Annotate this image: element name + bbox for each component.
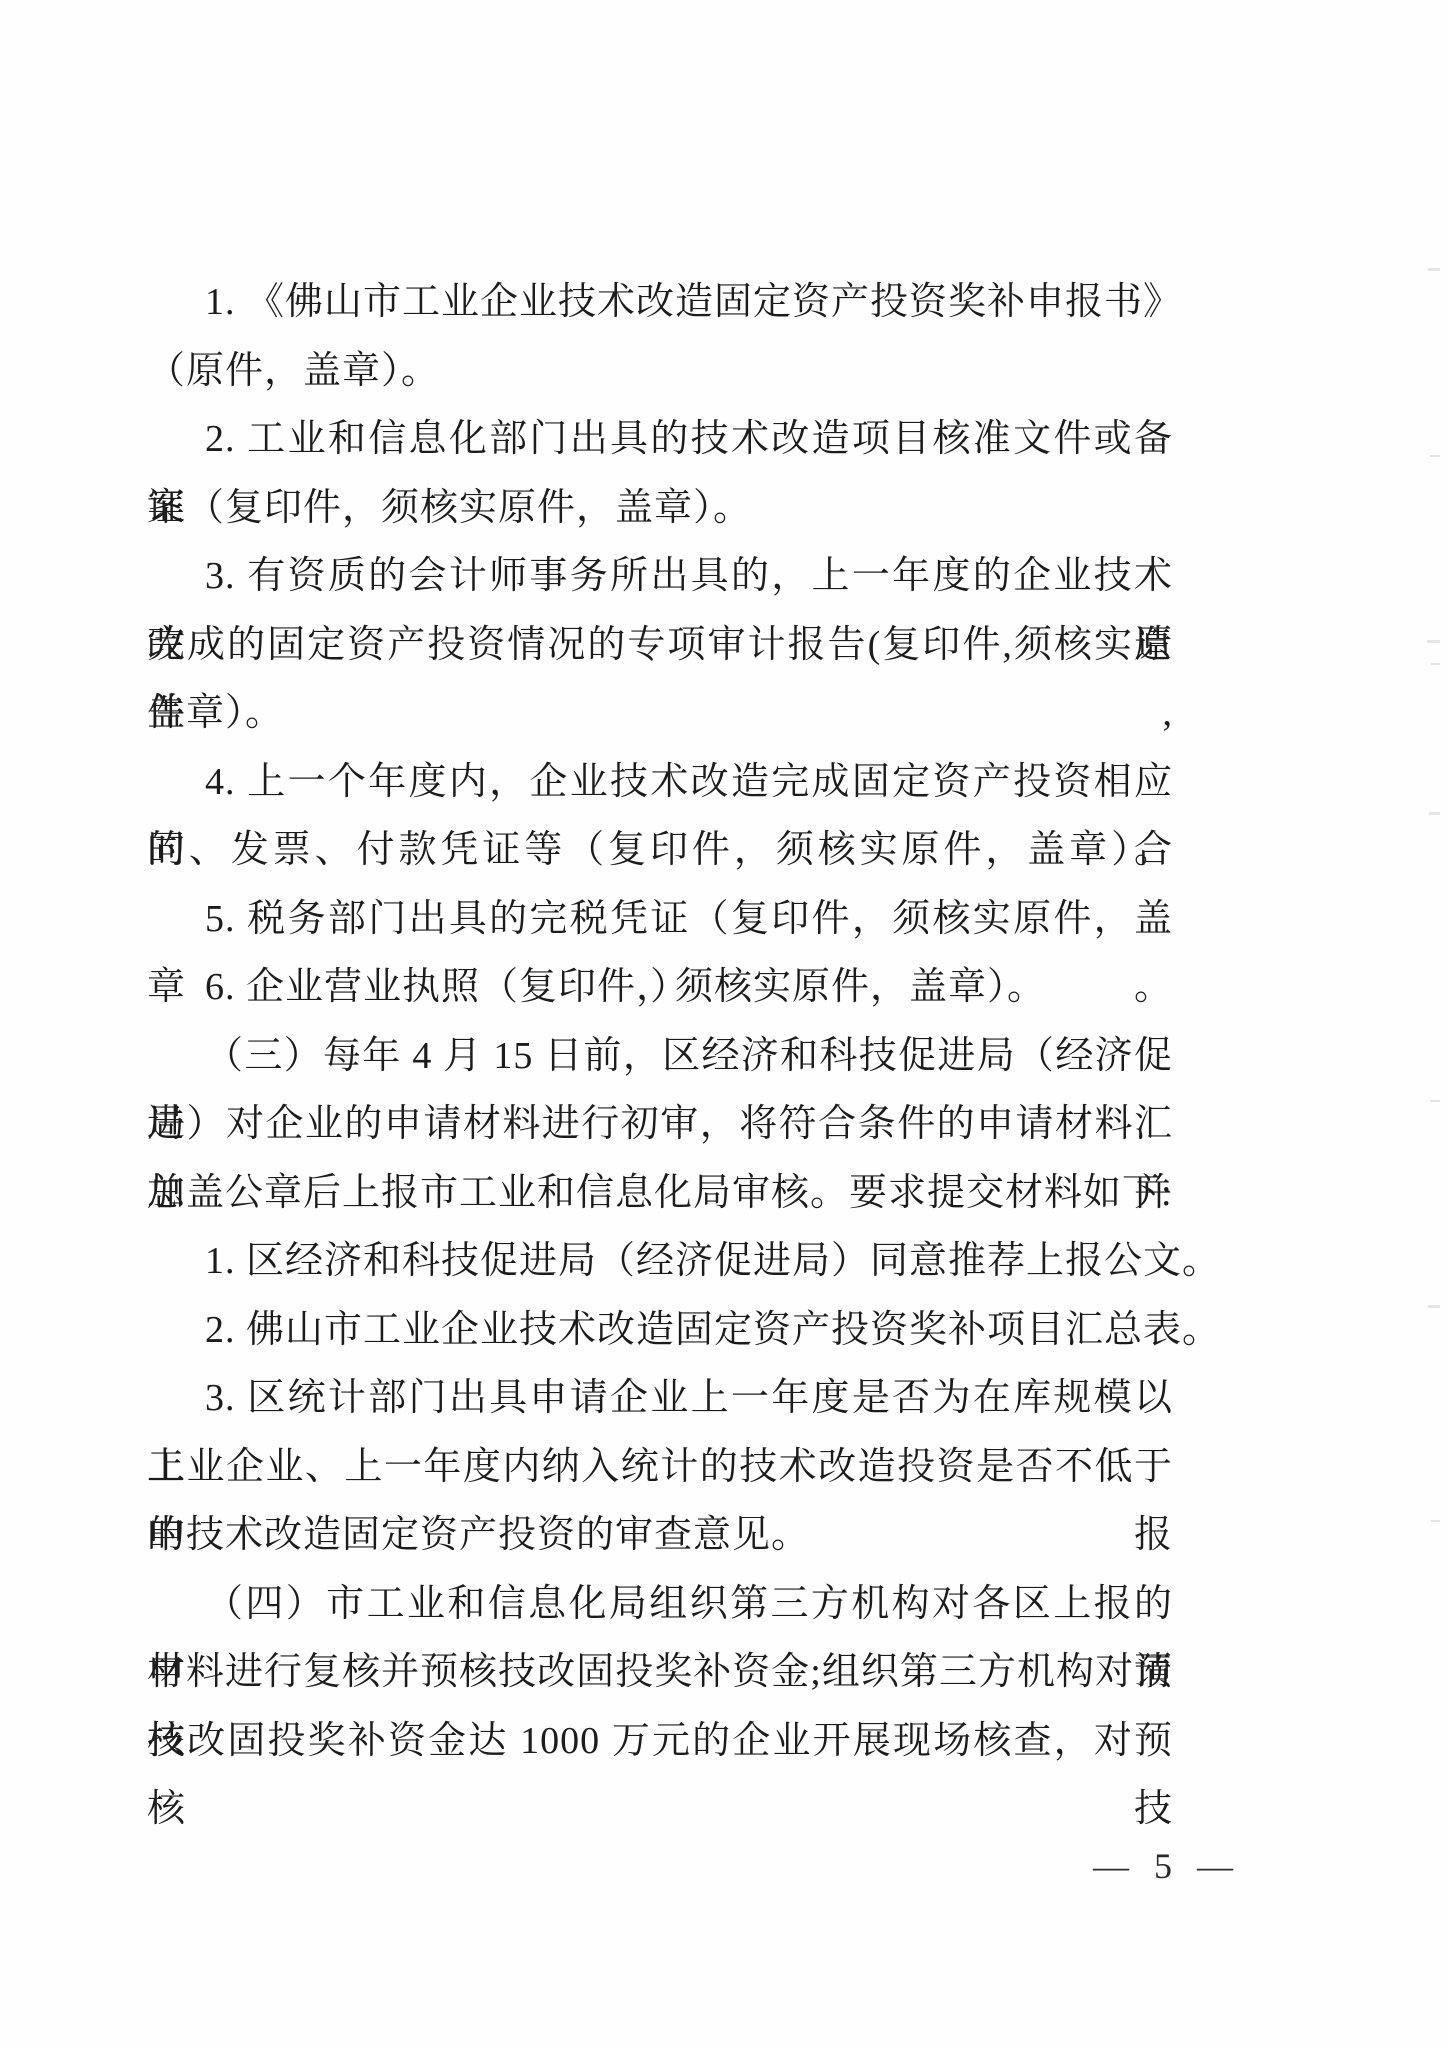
text-line: 3. 有资质的会计师事务所出具的，上一年度的企业技术改造 (147, 542, 1173, 611)
text-line: 完成的固定资产投资情况的专项审计报告(复印件,须核实原件, (147, 611, 1173, 680)
text-line: 1. 《佛山市工业企业技术改造固定资产投资奖补申报书》 (147, 268, 1173, 337)
scan-artifact (1431, 663, 1440, 665)
text-line: 同、发票、付款凭证等（复印件，须核实原件，盖章）。 (147, 816, 1173, 885)
text-line: （原件，盖章）。 (147, 337, 1173, 406)
scan-artifact (1430, 1100, 1440, 1102)
text-line: 6. 企业营业执照（复印件，须核实原件，盖章）。 (147, 953, 1173, 1022)
scan-artifact (1430, 455, 1440, 457)
text-line: 2. 工业和信息化部门出具的技术改造项目核准文件或备案 (147, 405, 1173, 474)
page-number: — 5 — (1088, 1845, 1238, 1887)
text-line: 2. 佛山市工业企业技术改造固定资产投资奖补项目汇总表。 (147, 1296, 1173, 1365)
scan-artifact (1428, 268, 1440, 271)
text-line: 技改固投奖补资金达 1000 万元的企业开展现场核查，对预核技 (147, 1707, 1173, 1776)
text-line: 证（复印件，须核实原件，盖章）。 (147, 474, 1173, 543)
scan-artifact (1431, 1520, 1440, 1522)
scan-artifact (1428, 1305, 1440, 1308)
text-line: 局）对企业的申请材料进行初审，将符合条件的申请材料汇总并 (147, 1090, 1173, 1159)
scan-artifact (1429, 812, 1440, 815)
scan-artifact (1427, 640, 1440, 643)
text-line: 加盖公章后上报市工业和信息化局审核。要求提交材料如下: (147, 1159, 1173, 1228)
text-line: （四）市工业和信息化局组织第三方机构对各区上报的申请 (147, 1570, 1173, 1639)
text-line: 4. 上一个年度内，企业技术改造完成固定资产投资相应的合 (147, 748, 1173, 817)
text-line: 工业企业、上一年度内纳入统计的技术改造投资是否不低于申报 (147, 1433, 1173, 1502)
text-line: （三）每年 4 月 15 日前，区经济和科技促进局（经济促进 (147, 1022, 1173, 1091)
text-line: 5. 税务部门出具的完税凭证（复印件，须核实原件，盖章）。 (147, 885, 1173, 954)
scanned-document-page: 1. 《佛山市工业企业技术改造固定资产投资奖补申报书》（原件，盖章）。2. 工业… (0, 0, 1448, 2048)
text-line: 1. 区经济和科技促进局（经济促进局）同意推荐上报公文。 (147, 1227, 1173, 1296)
text-line: 3. 区统计部门出具申请企业上一年度是否为在库规模以上 (147, 1364, 1173, 1433)
document-lines: 1. 《佛山市工业企业技术改造固定资产投资奖补申报书》（原件，盖章）。2. 工业… (147, 268, 1173, 1775)
text-line: 材料进行复核并预核技改固投奖补资金;组织第三方机构对预核 (147, 1638, 1173, 1707)
